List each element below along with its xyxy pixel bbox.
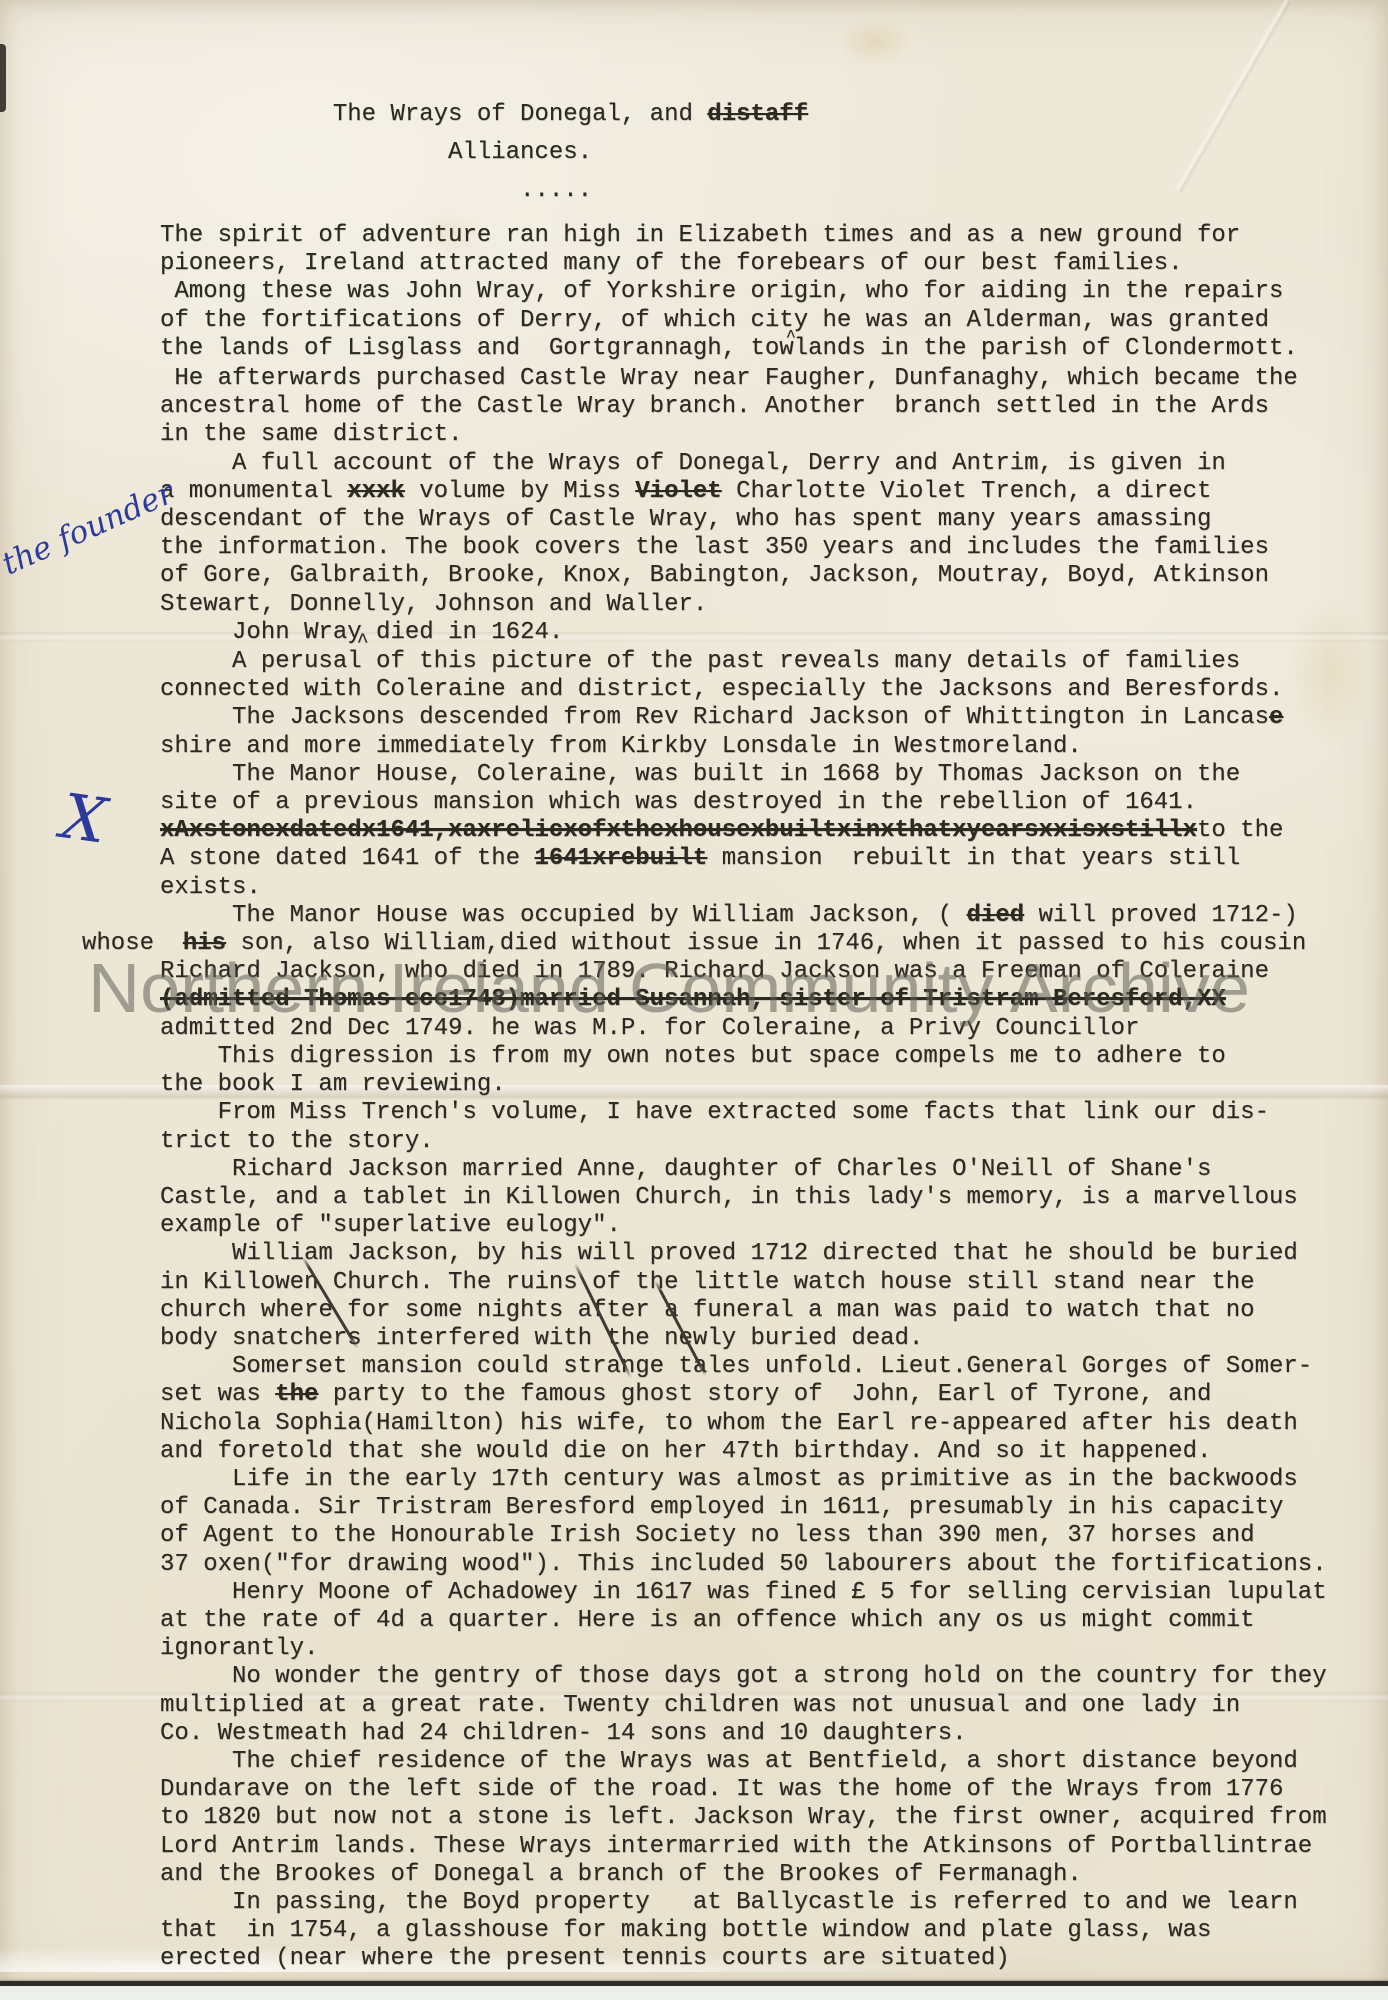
text-segment: a monumental <box>160 478 347 505</box>
typed-line: admitted 2nd Dec 1749. he was M.P. for C… <box>160 1015 1327 1043</box>
text-segment: to the <box>1197 817 1283 844</box>
text-segment: A stone dated 1641 of the <box>160 845 534 872</box>
strike-segment: his <box>183 930 226 957</box>
text-segment: party to the famous ghost story of John,… <box>318 1381 1211 1408</box>
text-segment: lands in the parish of Clondermott. <box>794 335 1298 362</box>
typed-line: A full account of the Wrays of Donegal, … <box>160 450 1327 478</box>
typed-line: Richard Jackson, who died in 1789. Richa… <box>160 958 1327 986</box>
typed-line: Stewart, Donnelly, Johnson and Waller. <box>160 591 1327 619</box>
document-title: The Wrays of Donegal, and distaff Allian… <box>160 96 808 210</box>
typed-line: in the same district. <box>160 421 1327 449</box>
text-segment: erected (near where the present tennis c… <box>160 1945 1010 1972</box>
typed-line: and foretold that she would die on her 4… <box>160 1438 1327 1466</box>
strike-segment: died <box>967 902 1025 929</box>
typed-line: shire and more immediately from Kirkby L… <box>160 733 1327 761</box>
strike-segment: 1641xrebuilt <box>534 845 707 872</box>
typed-line: example of "superlative eulogy". <box>160 1212 1327 1240</box>
typed-line: that in 1754, a glasshouse for making bo… <box>160 1917 1327 1945</box>
strike-segment: e <box>1269 704 1283 731</box>
strike-segment: Violet <box>635 478 721 505</box>
typed-line: The Manor House, Coleraine, was built in… <box>160 761 1327 789</box>
text-segment: that in 1754, a glasshouse for making bo… <box>160 1917 1211 1944</box>
text-segment: connected with Coleraine and district, e… <box>160 676 1283 703</box>
typed-line: of the fortifications of Derry, of which… <box>160 307 1327 335</box>
typed-line: the lands of Lisglass and Gortgrannagh, … <box>160 335 1327 365</box>
text-segment: Stewart, Donnelly, Johnson and Waller. <box>160 591 707 618</box>
typed-line: The Manor House was occupied by William … <box>160 902 1327 930</box>
text-segment: In passing, the Boyd property at Ballyca… <box>160 1889 1298 1916</box>
typed-line: at the rate of 4d a quarter. Here is an … <box>160 1607 1327 1635</box>
text-segment: will proved 1712-) <box>1024 902 1298 929</box>
text-segment: ancestral home of the Castle Wray branch… <box>160 393 1269 420</box>
strike-segment: distaff <box>707 101 808 128</box>
typed-line: xAxstonexdatedx1641,xaxrelicxofxthexhous… <box>160 817 1327 845</box>
text-segment: body snatchers interfered with the newly… <box>160 1325 923 1352</box>
typed-line: 37 oxen("for drawing wood"). This includ… <box>160 1551 1327 1579</box>
typed-line: John Wray^ died in 1624. <box>160 619 1327 648</box>
text-segment: of Agent to the Honourable Irish Society… <box>160 1522 1255 1549</box>
text-segment: the information. The book covers the las… <box>160 534 1269 561</box>
typed-line: of Gore, Galbraith, Brooke, Knox, Babing… <box>160 562 1327 590</box>
paper-stain <box>838 18 912 66</box>
text-segment: multiplied at a great rate. Twenty child… <box>160 1692 1240 1719</box>
strike-segment: xxxk <box>347 478 405 505</box>
text-segment: The Jacksons descended from Rev Richard … <box>160 704 1269 731</box>
scan-background-edge <box>0 1981 1388 2000</box>
typed-line: In passing, the Boyd property at Ballyca… <box>160 1889 1327 1917</box>
text-segment: ..... <box>160 177 592 204</box>
text-segment: admitted 2nd Dec 1749. he was M.P. for C… <box>160 1015 1139 1042</box>
typed-line: site of a previous mansion which was des… <box>160 789 1327 817</box>
text-segment: in the same district. <box>160 421 462 448</box>
text-segment: shire and more immediately from Kirkby L… <box>160 733 1082 760</box>
typed-line: exists. <box>160 874 1327 902</box>
typed-line: the information. The book covers the las… <box>160 534 1327 562</box>
text-segment: son, also William,died without issue in … <box>226 930 1306 957</box>
typed-line: ancestral home of the Castle Wray branch… <box>160 393 1327 421</box>
typed-line: (admitted Thomas ecc1748)married Susanna… <box>160 986 1327 1014</box>
text-segment: mansion rebuilt in that years still <box>707 845 1240 872</box>
typed-line: set was the party to the famous ghost st… <box>160 1381 1327 1409</box>
text-segment: set was <box>160 1381 275 1408</box>
typed-line: A perusal of this picture of the past re… <box>160 648 1327 676</box>
typed-line: the book I am reviewing. <box>160 1071 1327 1099</box>
text-segment: of Gore, Galbraith, Brooke, Knox, Babing… <box>160 562 1269 589</box>
typed-line: in Killowen Church. The ruins of the lit… <box>160 1269 1327 1297</box>
text-segment: This digression is from my own notes but… <box>160 1043 1226 1070</box>
text-segment: Somerset mansion could strange tales unf… <box>160 1353 1312 1380</box>
text-segment: of the fortifications of Derry, of which… <box>160 307 1269 334</box>
typed-line: pioneers, Ireland attracted many of the … <box>160 250 1327 278</box>
typed-line: whose his son, also William,died without… <box>82 930 1327 958</box>
text-segment: the lands of Lisglass and Gortgrannagh, … <box>160 335 794 362</box>
typed-line: ignorantly. <box>160 1635 1327 1663</box>
text-segment: Dundarave on the left side of the road. … <box>160 1776 1283 1803</box>
text-segment: The Manor House was occupied by William … <box>160 902 967 929</box>
typed-line: From Miss Trench's volume, I have extrac… <box>160 1099 1327 1127</box>
typed-line: erected (near where the present tennis c… <box>160 1945 1327 1973</box>
typed-line: Somerset mansion could strange tales unf… <box>160 1353 1327 1381</box>
typed-line: descendant of the Wrays of Castle Wray, … <box>160 506 1327 534</box>
text-segment: trict to the story. <box>160 1128 434 1155</box>
typed-line: Dundarave on the left side of the road. … <box>160 1776 1327 1804</box>
text-segment: From Miss Trench's volume, I have extrac… <box>160 1099 1269 1126</box>
handwritten-x-mark: X <box>57 779 111 857</box>
text-segment: The chief residence of the Wrays was at … <box>160 1748 1298 1775</box>
text-segment: Lord Antrim lands. These Wrays intermarr… <box>160 1833 1312 1860</box>
text-segment: Co. Westmeath had 24 children- 14 sons a… <box>160 1720 967 1747</box>
xstrike-segment: (admitted Thomas ecc1748)married Susanna… <box>160 986 1226 1013</box>
typed-line: He afterwards purchased Castle Wray near… <box>160 365 1327 393</box>
text-segment: and the Brookes of Donegal a branch of t… <box>160 1861 1082 1888</box>
typed-line: of Canada. Sir Tristram Beresford employ… <box>160 1494 1327 1522</box>
typed-line: This digression is from my own notes but… <box>160 1043 1327 1071</box>
text-segment: No wonder the gentry of those days got a… <box>160 1663 1327 1690</box>
scanned-document: The Wrays of Donegal, and distaff Allian… <box>0 0 1388 2000</box>
text-segment: Henry Moone of Achadowey in 1617 was fin… <box>160 1579 1327 1606</box>
text-segment: the book I am reviewing. <box>160 1071 506 1098</box>
text-segment: pioneers, Ireland attracted many of the … <box>160 250 1183 277</box>
text-segment: at the rate of 4d a quarter. Here is an … <box>160 1607 1255 1634</box>
text-segment: 37 oxen("for drawing wood"). This includ… <box>160 1551 1327 1578</box>
paper-crease <box>1174 0 1293 194</box>
text-segment: site of a previous mansion which was des… <box>160 789 1197 816</box>
text-segment: Richard Jackson, who died in 1789. Richa… <box>160 958 1269 985</box>
typed-line: ..... <box>160 172 808 210</box>
typed-line: multiplied at a great rate. Twenty child… <box>160 1692 1327 1720</box>
strike-segment: the <box>275 1381 318 1408</box>
text-segment: The Manor House, Coleraine, was built in… <box>160 761 1240 788</box>
typed-line: to 1820 but now not a stone is left. Jac… <box>160 1804 1327 1832</box>
text-segment: Castle, and a tablet in Killowen Church,… <box>160 1184 1298 1211</box>
text-segment: and foretold that she would die on her 4… <box>160 1438 1211 1465</box>
text-segment: example of "superlative eulogy". <box>160 1212 621 1239</box>
text-segment: died in 1624. <box>362 619 564 646</box>
typed-line: The spirit of adventure ran high in Eliz… <box>160 222 1327 250</box>
typed-line: Henry Moone of Achadowey in 1617 was fin… <box>160 1579 1327 1607</box>
typed-line: The chief residence of the Wrays was at … <box>160 1748 1327 1776</box>
typed-line: Lord Antrim lands. These Wrays intermarr… <box>160 1833 1327 1861</box>
text-segment: The spirit of adventure ran high in Eliz… <box>160 222 1240 249</box>
text-segment: Alliances. <box>160 139 592 166</box>
typed-line: of Agent to the Honourable Irish Society… <box>160 1522 1327 1550</box>
text-segment: He afterwards purchased Castle Wray near… <box>160 365 1298 392</box>
text-segment: whose <box>82 930 183 957</box>
text-segment: Life in the early 17th century was almos… <box>160 1466 1298 1493</box>
typed-line: and the Brookes of Donegal a branch of t… <box>160 1861 1327 1889</box>
typed-line: The Jacksons descended from Rev Richard … <box>160 704 1327 732</box>
typed-line: Castle, and a tablet in Killowen Church,… <box>160 1184 1327 1212</box>
handwritten-margin-note: the founder <box>0 475 179 583</box>
text-segment: ignorantly. <box>160 1635 318 1662</box>
text-segment: to 1820 but now not a stone is left. Jac… <box>160 1804 1327 1831</box>
page-edge-mark <box>0 44 6 112</box>
typed-line: Life in the early 17th century was almos… <box>160 1466 1327 1494</box>
typed-line: William Jackson, by his will proved 1712… <box>160 1240 1327 1268</box>
text-segment: exists. <box>160 874 261 901</box>
text-segment: The Wrays of Donegal, and <box>160 101 707 128</box>
typed-line: Richard Jackson married Anne, daughter o… <box>160 1156 1327 1184</box>
typed-line: body snatchers interfered with the newly… <box>160 1325 1327 1353</box>
typed-line: The Wrays of Donegal, and distaff <box>160 96 808 134</box>
text-segment: Richard Jackson married Anne, daughter o… <box>160 1156 1211 1183</box>
typed-line: Among these was John Wray, of Yorkshire … <box>160 278 1327 306</box>
text-segment: descendant of the Wrays of Castle Wray, … <box>160 506 1211 533</box>
typed-line: No wonder the gentry of those days got a… <box>160 1663 1327 1691</box>
text-segment: A full account of the Wrays of Donegal, … <box>160 450 1226 477</box>
text-segment: Charlotte Violet Trench, a direct <box>722 478 1212 505</box>
document-page: The Wrays of Donegal, and distaff Allian… <box>0 0 1388 1986</box>
typed-line: trict to the story. <box>160 1128 1327 1156</box>
text-segment: of Canada. Sir Tristram Beresford employ… <box>160 1494 1283 1521</box>
typed-line: Co. Westmeath had 24 children- 14 sons a… <box>160 1720 1327 1748</box>
xstrike-segment: xAxstonexdatedx1641,xaxrelicxofxthexhous… <box>160 817 1197 844</box>
typed-body: The spirit of adventure ran high in Eliz… <box>160 222 1327 1974</box>
text-segment: John Wray <box>160 619 362 646</box>
text-segment: church where for some nights after a fun… <box>160 1297 1255 1324</box>
typed-line: connected with Coleraine and district, e… <box>160 676 1327 704</box>
text-segment: Among these was John Wray, of Yorkshire … <box>160 278 1283 305</box>
typed-line: Nichola Sophia(Hamilton) his wife, to wh… <box>160 1410 1327 1438</box>
typed-line: a monumental xxxk volume by Miss Violet … <box>160 478 1327 506</box>
text-segment: William Jackson, by his will proved 1712… <box>160 1240 1298 1267</box>
text-segment: Nichola Sophia(Hamilton) his wife, to wh… <box>160 1410 1298 1437</box>
typed-line: Alliances. <box>160 134 808 172</box>
text-segment: volume by Miss <box>405 478 635 505</box>
text-segment: A perusal of this picture of the past re… <box>160 648 1240 675</box>
typed-line: A stone dated 1641 of the 1641xrebuilt m… <box>160 845 1327 873</box>
